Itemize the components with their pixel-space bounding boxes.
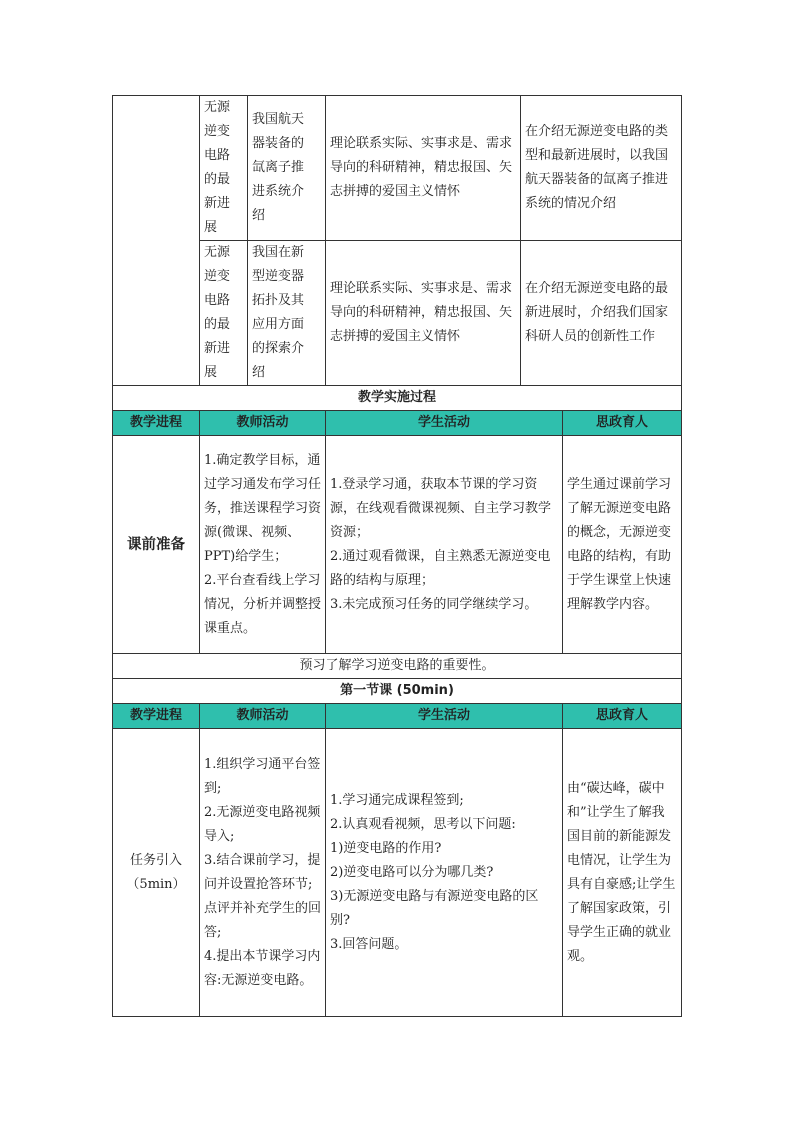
- ideology-cell: 学生通过课前学习了解无源逆变电路的概念，无源逆变电路的结构，有助于学生课堂上快速…: [563, 436, 682, 654]
- header-ideology: 思政育人: [563, 411, 682, 436]
- section-title-implementation: 教学实施过程: [113, 386, 682, 411]
- table-header-row: 教学进程 教师活动 学生活动 思政育人: [113, 704, 682, 729]
- stage-cell: 任务引入 （5min）: [113, 729, 200, 1017]
- ideology-row: 无源 逆变 电路 的最 新进 展 我国航天 器装备的 氙离子推 进系统介 绍 理…: [113, 96, 682, 241]
- header-teacher: 教师活动: [200, 411, 326, 436]
- pre-class-row: 课前准备 1.确定教学目标，通过学习通发布学习任务，推送课程学习资源(微课、视频…: [113, 436, 682, 654]
- method-cell: 在介绍无源逆变电路的类型和最新进展时，以我国航天器装备的氙离子推进系统的情况介绍: [521, 96, 682, 241]
- header-student: 学生活动: [326, 704, 563, 729]
- header-stage: 教学进程: [113, 704, 200, 729]
- stage-cell: 课前准备: [113, 436, 200, 654]
- header-student: 学生活动: [326, 411, 563, 436]
- header-teacher: 教师活动: [200, 704, 326, 729]
- topic-cell: 无源 逆变 电路 的最 新进 展: [200, 241, 248, 386]
- content-cell: 我国航天 器装备的 氙离子推 进系统介 绍: [248, 96, 326, 241]
- element-cell: 理论联系实际、实事求是、需求导向的科研精神，精忠报国、矢志拼搏的爱国主义情怀: [326, 241, 521, 386]
- teacher-activity-cell: 1.组织学习通平台签到; 2.无源逆变电路视频导入; 3.结合课前学习，提问并设…: [200, 729, 326, 1017]
- method-cell: 在介绍无源逆变电路的最新进展时，介绍我们国家科研人员的创新性工作: [521, 241, 682, 386]
- student-activity-cell: 1.登录学习通，获取本节课的学习资源，在线观看微课视频、自主学习教学资源； 2.…: [326, 436, 563, 654]
- teacher-activity-cell: 1.确定教学目标，通过学习通发布学习任务，推送课程学习资源(微课、视频、PPT)…: [200, 436, 326, 654]
- table-header-row: 教学进程 教师活动 学生活动 思政育人: [113, 411, 682, 436]
- header-ideology: 思政育人: [563, 704, 682, 729]
- lesson-row: 任务引入 （5min） 1.组织学习通平台签到; 2.无源逆变电路视频导入; 3…: [113, 729, 682, 1017]
- element-cell: 理论联系实际、实事求是、需求导向的科研精神，精忠报国、矢志拼搏的爱国主义情怀: [326, 96, 521, 241]
- lesson-plan-table: 无源 逆变 电路 的最 新进 展 我国航天 器装备的 氙离子推 进系统介 绍 理…: [112, 95, 682, 1017]
- empty-category-cell: [113, 96, 200, 386]
- topic-cell: 无源 逆变 电路 的最 新进 展: [200, 96, 248, 241]
- student-activity-cell: 1.学习通完成课程签到; 2.认真观看视频，思考以下问题: 1)逆变电路的作用?…: [326, 729, 563, 1017]
- header-stage: 教学进程: [113, 411, 200, 436]
- pre-class-note: 预习了解学习逆变电路的重要性。: [113, 654, 682, 679]
- content-cell: 我国在新 型逆变器 拓扑及其 应用方面 的探索介 绍: [248, 241, 326, 386]
- ideology-cell: 由“碳达峰，碳中和”让学生了解我国目前的新能源发电情况，让学生为具有自豪感;让学…: [563, 729, 682, 1017]
- section-title-lesson1: 第一节课 (50min): [113, 679, 682, 704]
